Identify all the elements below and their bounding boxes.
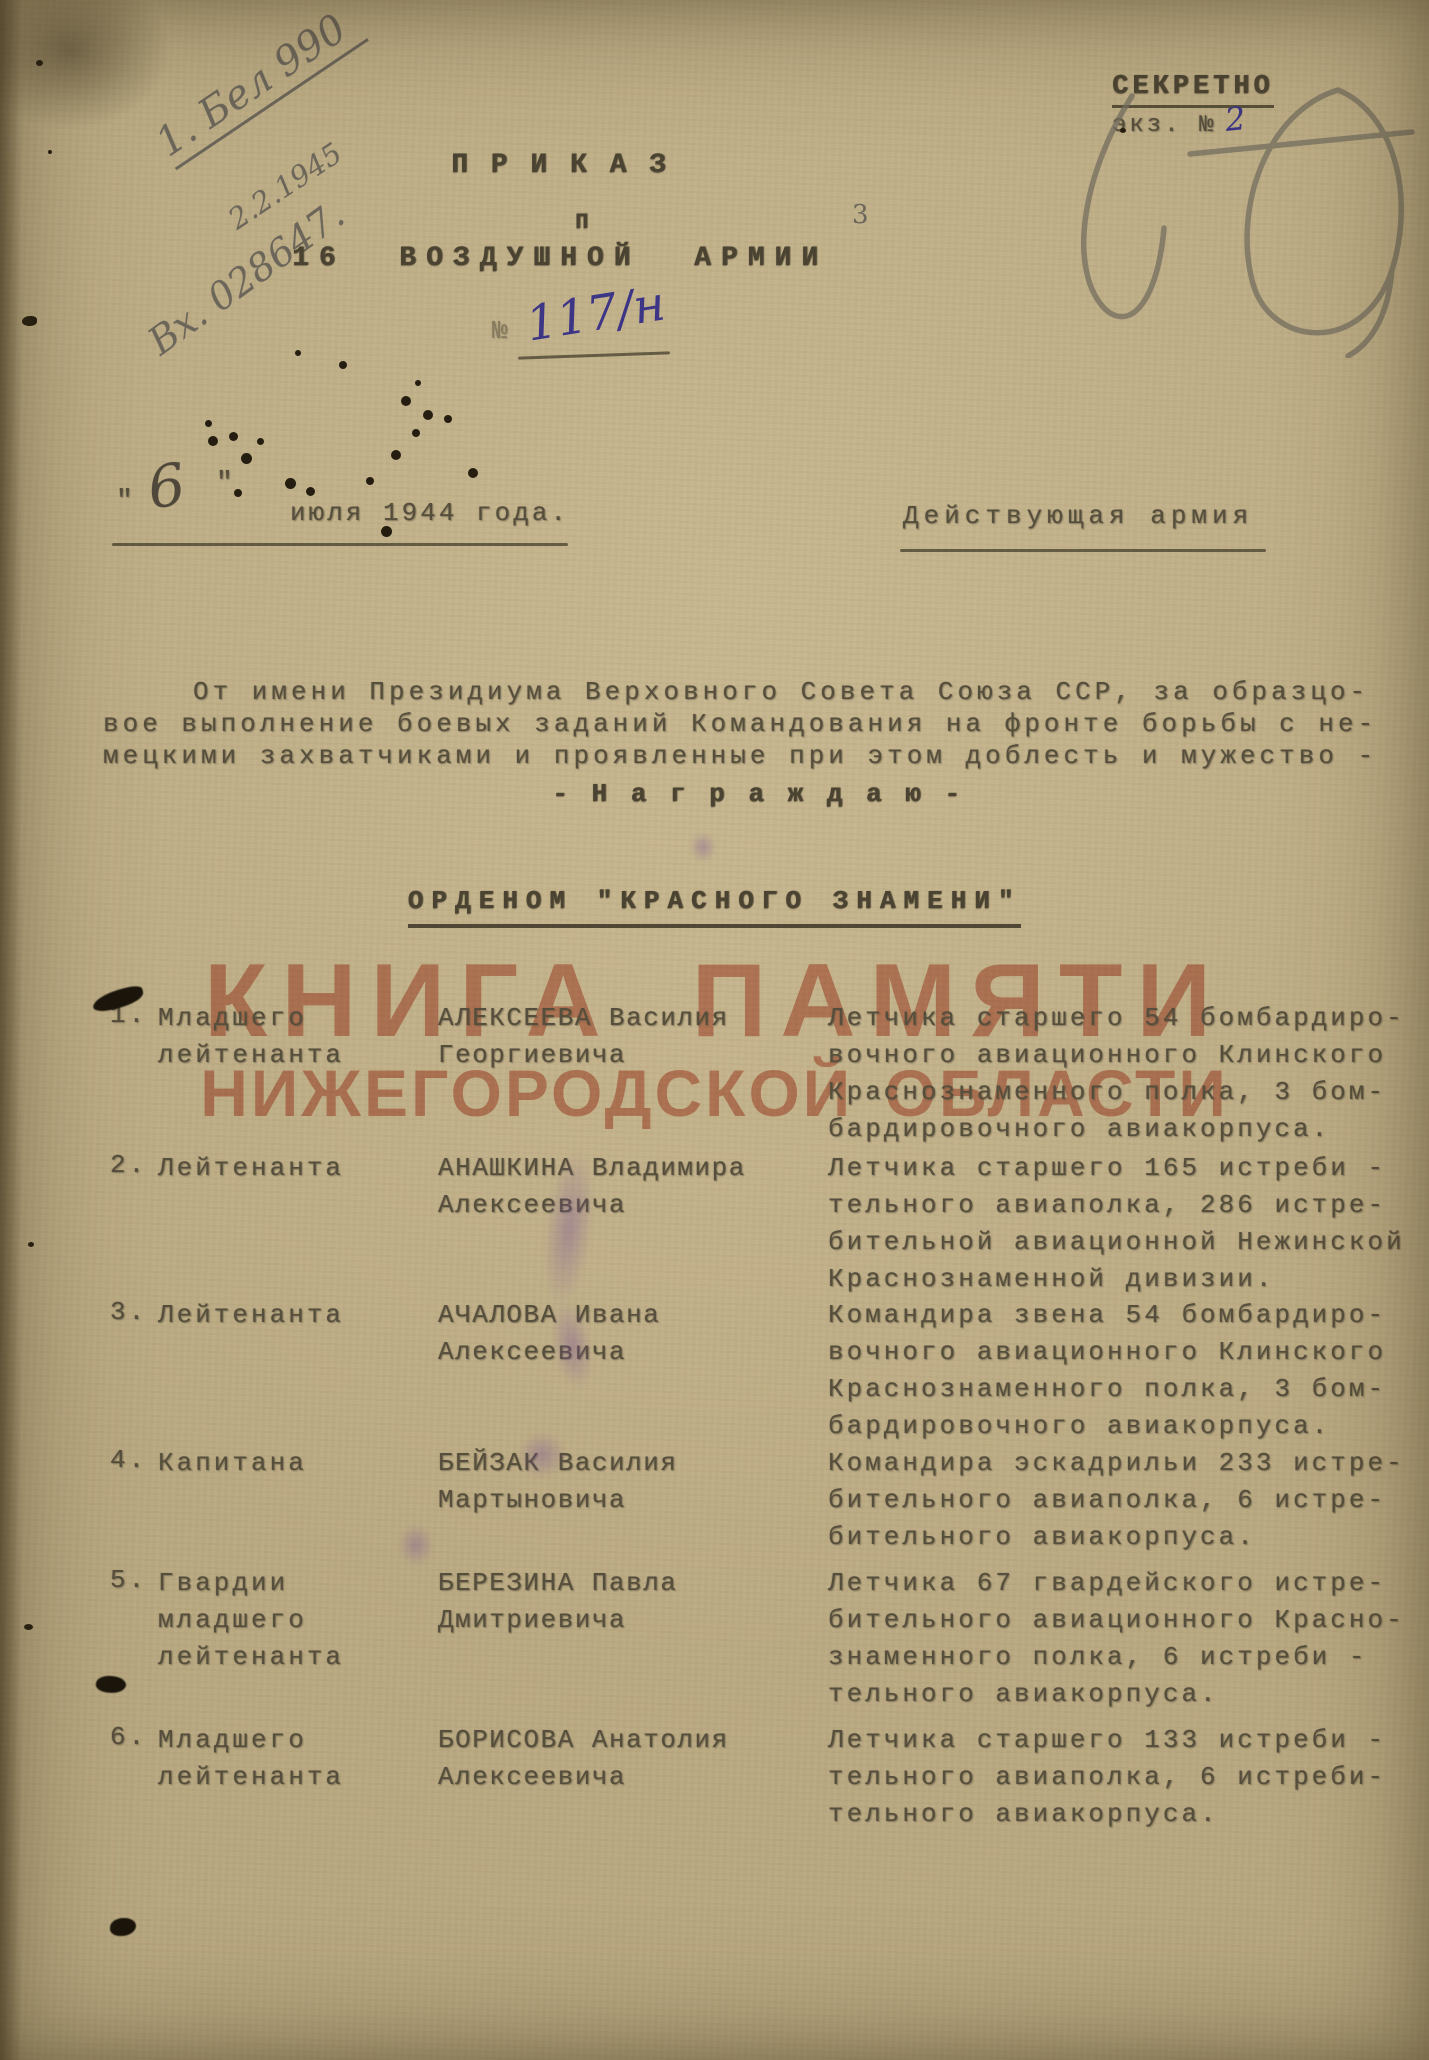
order-number-underline bbox=[518, 351, 670, 359]
award-name: АНАШКИНА Владимира Алексеевича bbox=[438, 1150, 798, 1224]
date-close-quote: " bbox=[216, 468, 236, 499]
award-rank: Капитана bbox=[158, 1445, 428, 1482]
date-open-quote: " bbox=[116, 486, 136, 517]
purple-stain-4 bbox=[398, 1524, 434, 1566]
preamble: От имени Президиума Верховного Совета Со… bbox=[103, 676, 1413, 812]
award-name: АЧАЛОВА Ивана Алексеевича bbox=[438, 1297, 798, 1371]
order-number-sign: № bbox=[492, 316, 511, 346]
army-status-underline bbox=[900, 549, 1266, 552]
award-citation: Летчика старшего 133 истреби - тельного … bbox=[828, 1722, 1428, 1833]
date-underline bbox=[112, 543, 568, 546]
award-number: 6. bbox=[110, 1722, 147, 1752]
order-title-row: П Р И К А З bbox=[0, 150, 1120, 181]
award-number: 4. bbox=[110, 1445, 147, 1475]
edge-speck-3 bbox=[48, 150, 52, 154]
award-name: АЛЕКСЕЕВА Василия Георгиевича bbox=[438, 1000, 798, 1074]
army-subtitle-row: 16 ВОЗДУШНОЙ АРМИИ bbox=[0, 243, 1120, 274]
award-number: 3. bbox=[110, 1297, 147, 1327]
award-rank: Младшего лейтенанта bbox=[158, 1722, 428, 1796]
award-citation: Летчика старшего 165 истреби - тельного … bbox=[828, 1150, 1428, 1298]
award-rank: Лейтенанта bbox=[158, 1297, 428, 1334]
edge-speck-6 bbox=[1120, 128, 1126, 133]
section-heading-row: ОРДЕНОМ "КРАСНОГО ЗНАМЕНИ" bbox=[0, 886, 1429, 928]
preamble-line3: мецкими захватчиками и проявленные при э… bbox=[103, 740, 1413, 772]
award-rank: Младшего лейтенанта bbox=[158, 1000, 428, 1074]
paper-corner-shadow bbox=[0, 0, 170, 130]
preamble-line2: вое выполнение боевых заданий Командован… bbox=[103, 708, 1413, 740]
ink-speck-cluster-lower bbox=[205, 420, 212, 427]
ink-blot-middle bbox=[95, 1674, 127, 1695]
order-number-handwritten: 117/н bbox=[522, 275, 668, 352]
ink-speck-cluster-upper bbox=[295, 350, 301, 356]
award-citation: Командира эскадрильи 233 истре- бительно… bbox=[828, 1445, 1428, 1556]
award-rank: Лейтенанта bbox=[158, 1150, 428, 1187]
award-number: 5. bbox=[110, 1565, 147, 1595]
scanned-order-page: 1. Бел 990 2.2.1945 Вх. 028647. СЕКРЕТНО… bbox=[0, 0, 1429, 2060]
pencil-scribble-mark bbox=[1040, 68, 1420, 358]
order-title: П Р И К А З bbox=[451, 150, 669, 181]
purple-stain-3 bbox=[518, 1432, 566, 1478]
date-text: июля 1944 года. bbox=[290, 498, 569, 528]
date-day-handwritten: 6 bbox=[143, 450, 189, 522]
preamble-award-clause: - Н а г р а ж д а ю - bbox=[103, 776, 1413, 812]
edge-speck-5 bbox=[24, 1624, 33, 1630]
purple-stain-5 bbox=[690, 832, 716, 862]
award-name: БЕЙЗАК Василия Мартыновича bbox=[438, 1445, 798, 1519]
award-name: БЕРЕЗИНА Павла Дмитриевича bbox=[438, 1565, 798, 1639]
edge-speck-2 bbox=[22, 316, 37, 326]
edge-mark: П bbox=[575, 210, 591, 235]
award-number: 2. bbox=[110, 1150, 147, 1180]
award-name: БОРИСОВА Анатолия Алексеевича bbox=[438, 1722, 798, 1796]
award-citation: Летчика 67 гвардейского истре- бительног… bbox=[828, 1565, 1428, 1713]
award-citation: Летчика старшего 54 бомбардиро- вочного … bbox=[828, 1000, 1428, 1148]
army-status: Действующая армия bbox=[903, 501, 1253, 531]
edge-speck-1 bbox=[36, 60, 43, 66]
ink-blot-bottom bbox=[110, 1918, 136, 1936]
edge-speck-4 bbox=[28, 1242, 34, 1247]
paper-left-edge-shadow bbox=[0, 0, 22, 2060]
preamble-line1: От имени Президиума Верховного Совета Со… bbox=[103, 676, 1413, 708]
award-rank: Гвардии младшего лейтенанта bbox=[158, 1565, 428, 1676]
page-number-mark: 3 bbox=[852, 200, 869, 230]
registration-note-line1: 1. Бел 990 bbox=[148, 0, 369, 170]
army-subtitle: 16 ВОЗДУШНОЙ АРМИИ bbox=[292, 243, 828, 274]
award-citation: Командира звена 54 бомбардиро- вочного а… bbox=[828, 1297, 1428, 1445]
section-heading: ОРДЕНОМ "КРАСНОГО ЗНАМЕНИ" bbox=[408, 886, 1022, 928]
